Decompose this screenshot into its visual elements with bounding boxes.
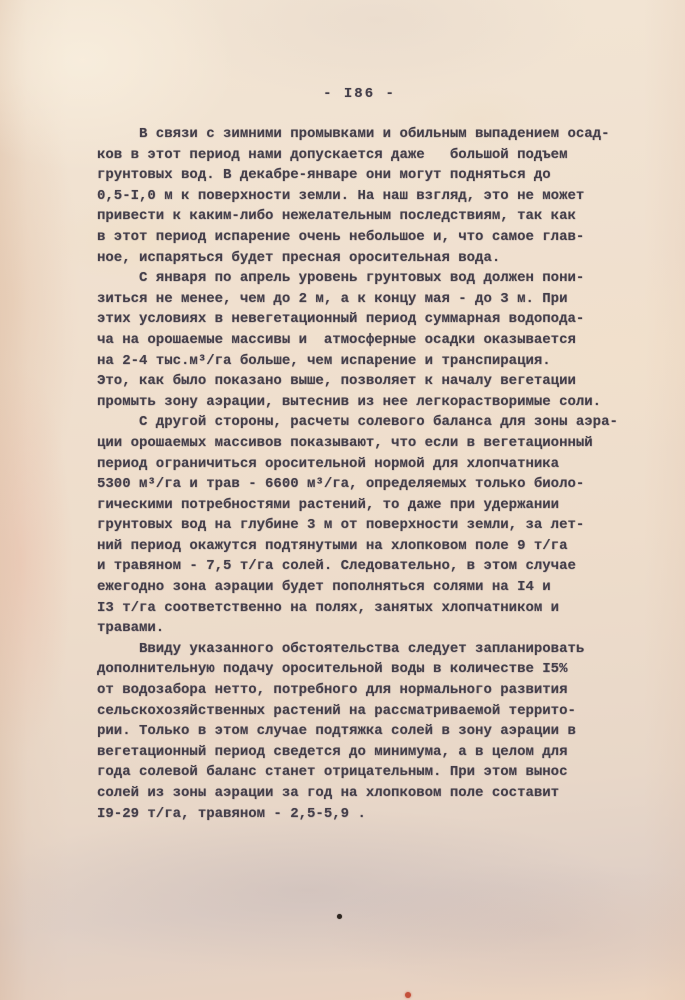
page-number: - I86 - — [323, 86, 396, 102]
paragraph: С января по апрель уровень грунтовых вод… — [97, 268, 617, 412]
text-line: от водозабора нетто, потребного для норм… — [97, 680, 617, 701]
text-line: Это, как было показано выше, позволяет к… — [97, 371, 617, 392]
red-ink-speck — [405, 992, 411, 998]
text-line: и травяном - 7,5 т/га солей. Следователь… — [97, 556, 617, 577]
text-line: вегетационный период сведется до минимум… — [97, 742, 617, 763]
text-line: года солевой баланс станет отрицательным… — [97, 762, 617, 783]
text-line: С января по апрель уровень грунтовых вод… — [97, 268, 617, 289]
paragraph: Ввиду указанного обстоятельства следует … — [97, 639, 617, 824]
text-line: ции орошаемых массивов показывают, что е… — [97, 433, 617, 454]
paragraph: В связи с зимними промывками и обильным … — [97, 124, 617, 268]
text-line: на 2-4 тыс.м³/га больше, чем испарение и… — [97, 351, 617, 372]
text-line: 0,5-I,0 м к поверхности земли. На наш вз… — [97, 186, 617, 207]
text-line: С другой стороны, расчеты солевого балан… — [97, 412, 617, 433]
text-line: дополнительную подачу оросительной воды … — [97, 659, 617, 680]
text-line: I3 т/га соответственно на полях, занятых… — [97, 598, 617, 619]
text-line: солей из зоны аэрации за год на хлопково… — [97, 783, 617, 804]
text-line: промыть зону аэрации, вытеснив из нее ле… — [97, 392, 617, 413]
text-line: ное, испаряться будет пресная оросительн… — [97, 248, 617, 269]
text-line: гическими потребностями растений, то даж… — [97, 495, 617, 516]
text-line: ежегодно зона аэрации будет пополняться … — [97, 577, 617, 598]
text-line: ков в этот период нами допускается даже … — [97, 145, 617, 166]
document-body: В связи с зимними промывками и обильным … — [97, 124, 617, 824]
text-line: грунтовых вод. В декабре-январе они могу… — [97, 165, 617, 186]
text-line: Ввиду указанного обстоятельства следует … — [97, 639, 617, 660]
text-line: в этот период испарение очень небольшое … — [97, 227, 617, 248]
text-line: грунтовых вод на глубине 3 м от поверхно… — [97, 515, 617, 536]
text-line: сельскохозяйственных растений на рассмат… — [97, 701, 617, 722]
text-line: привести к каким-либо нежелательным посл… — [97, 206, 617, 227]
text-line: этих условиях в невегетационный период с… — [97, 309, 617, 330]
text-line: период ограничиться оросительной нормой … — [97, 454, 617, 475]
text-line: I9-29 т/га, травяном - 2,5-5,9 . — [97, 804, 617, 825]
text-line: рии. Только в этом случае подтяжка солей… — [97, 721, 617, 742]
text-line: травами. — [97, 618, 617, 639]
paragraph: С другой стороны, расчеты солевого балан… — [97, 412, 617, 639]
text-line: зиться не менее, чем до 2 м, а к концу м… — [97, 289, 617, 310]
text-line: 5300 м³/га и трав - 6600 м³/га, определя… — [97, 474, 617, 495]
text-line: В связи с зимними промывками и обильным … — [97, 124, 617, 145]
scanned-document-page: - I86 - В связи с зимними промывками и о… — [0, 0, 685, 1000]
text-line: ний период окажутся подтянутыми на хлопк… — [97, 536, 617, 557]
text-line: ча на орошаемые массивы и атмосферные ос… — [97, 330, 617, 351]
black-ink-speck — [337, 914, 342, 919]
